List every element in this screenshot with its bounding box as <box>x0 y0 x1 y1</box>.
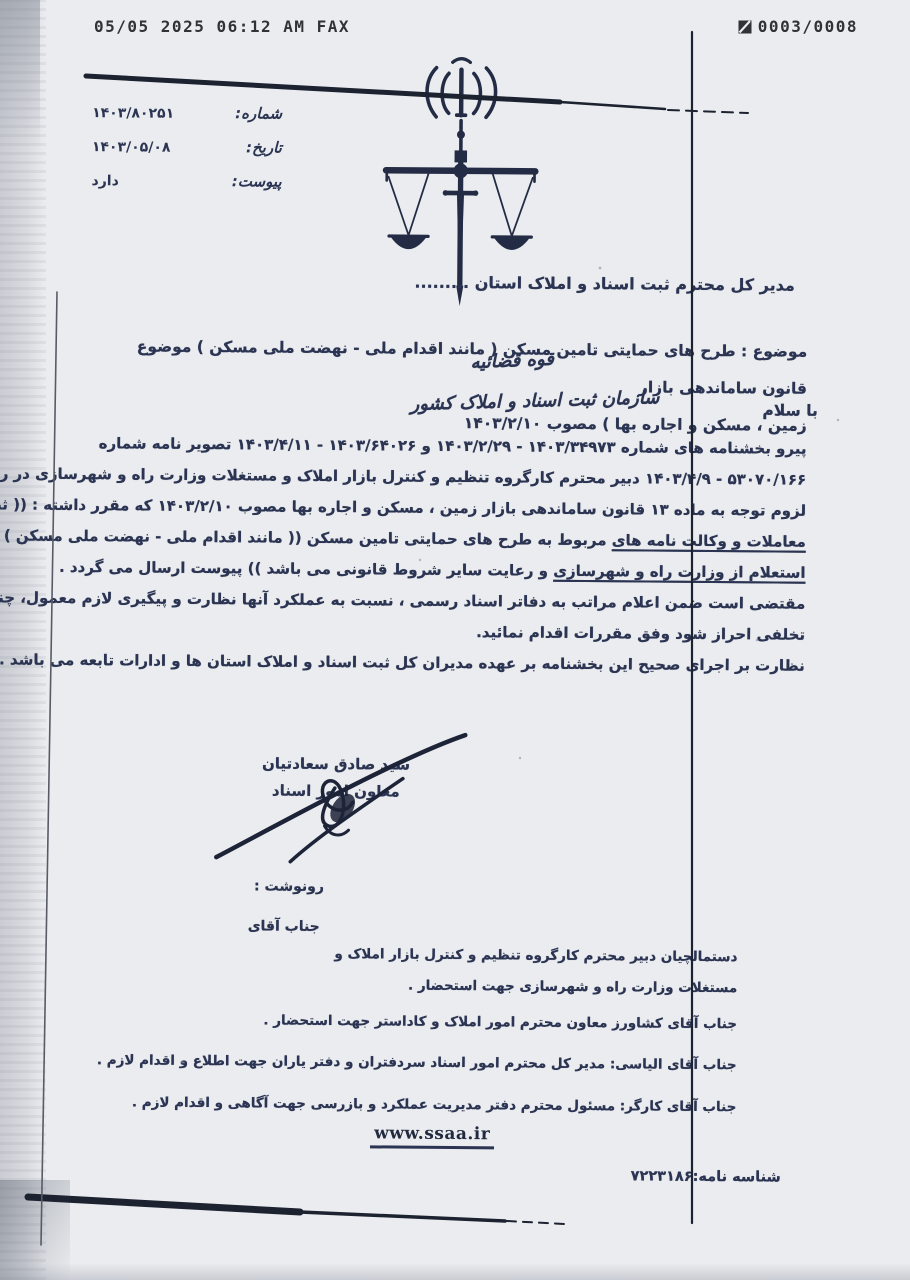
body-line-5-underlined: استعلام از وزارت راه و شهرسازی <box>553 562 805 582</box>
body-line-8: نظارت بر اجرای صحیح این بخشنامه بر عهده … <box>88 645 805 682</box>
letter-id-label: شناسه نامه: <box>693 1169 781 1186</box>
letter-content: قوه قضائیه سازمان ثبت اسناد و املاک کشور… <box>0 0 910 1280</box>
salutation: با سلام <box>762 401 818 419</box>
cc-label: رونوشت : <box>254 878 324 895</box>
cc-line-3: جناب آقای کشاورز معاون محترم امور املاک … <box>217 1010 737 1035</box>
subject-block: موضوع : طرح های حمایتی تامین مسکن ( مانن… <box>94 328 808 445</box>
body-line-6: مقتضی است ضمن اعلام مراتب به دفاتر اسناد… <box>88 583 805 620</box>
cc-line-4: جناب آقای الیاسی: مدیر کل محترم امور اسن… <box>217 1051 737 1076</box>
website-url: www.ssaa.ir <box>370 1123 494 1149</box>
subject-line-1: موضوع : طرح های حمایتی تامین مسکن ( مانن… <box>94 328 808 408</box>
date-value: ۱۴۰۳/۰۵/۰۸ <box>92 139 171 156</box>
number-label: شماره: <box>235 104 282 122</box>
signature-scribble <box>206 729 475 871</box>
cc-line-5: جناب آقای کارگر: مسئول محترم دفتر مدیریت… <box>216 1093 736 1118</box>
letter-id-value: ۷۲۲۳۱۸۶ <box>631 1168 693 1184</box>
attachment-value: دارد <box>92 173 119 189</box>
body-paragraph: پیرو بخشنامه های شماره ۱۴۰۳/۳۴۹۷۳ - ۱۴۰۳… <box>88 428 807 682</box>
cc-line-2: مستغلات وزارت راه و شهرسازی جهت استحضار … <box>217 974 737 999</box>
cc-line-1: دستمالچیان دبیر محترم کارگروه تنظیم و کن… <box>217 943 737 968</box>
cc-addressee: جناب آقای <box>248 918 320 935</box>
body-line-4-underlined-start: معاملات و وکالت نامه های <box>612 531 806 551</box>
meta-row-number: شماره: ۱۴۰۳/۸۰۲۵۱ <box>92 103 282 122</box>
date-label: تاریخ: <box>246 138 282 156</box>
letter-id: شناسه نامه:۷۲۲۳۱۸۶ <box>631 1168 781 1185</box>
meta-row-attachment: پیوست: دارد <box>92 171 282 190</box>
letter-meta: شماره: ۱۴۰۳/۸۰۲۵۱ تاریخ: ۱۴۰۳/۰۵/۰۸ پیوس… <box>92 103 283 190</box>
body-line-5-rest: و رعایت سایر شروط قانونی می باشد )) پیوس… <box>59 558 553 580</box>
cc-list: دستمالچیان دبیر محترم کارگروه تنظیم و کن… <box>216 943 737 1118</box>
attachment-label: پیوست: <box>232 172 282 190</box>
recipient-line: مدیر کل محترم ثبت اسناد و املاک استان ..… <box>414 273 794 295</box>
body-line-4-middle: مربوط به طرح های حمایتی تامین مسکن (( ما… <box>0 526 612 549</box>
meta-row-date: تاریخ: ۱۴۰۳/۰۵/۰۸ <box>92 137 282 156</box>
fax-page: 05/05 2025 06:12 AM FAX 0003/0008 <box>0 0 910 1280</box>
number-value: ۱۴۰۳/۸۰۲۵۱ <box>92 105 174 122</box>
